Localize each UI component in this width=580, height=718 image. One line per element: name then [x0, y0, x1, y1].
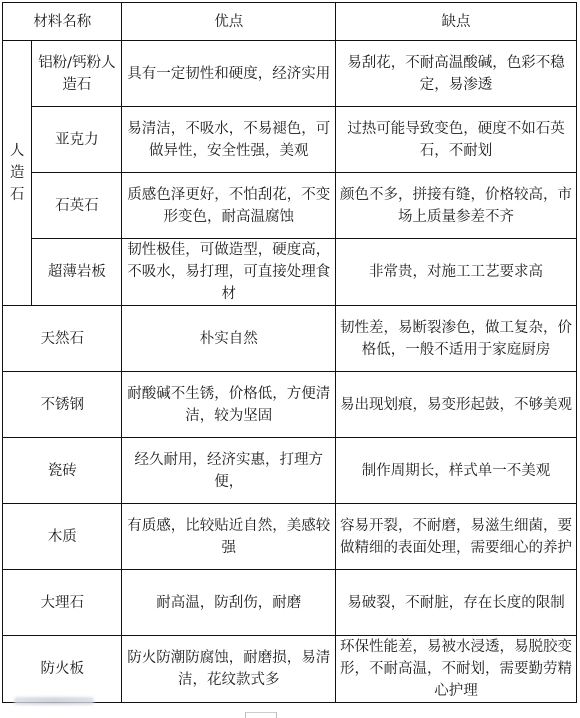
blurred-watermark — [14, 697, 94, 705]
header-cons: 缺点 — [336, 3, 577, 41]
material-pros: 具有一定韧性和硬度，经济实用 — [122, 41, 336, 107]
material-pros: 经久耐用，经济实惠，打理方便， — [122, 438, 336, 504]
material-name: 大理石 — [3, 570, 122, 636]
table-row: 木质 有质感，比较贴近自然，美感较强 容易开裂，不耐磨，易滋生细菌，要做精细的表… — [3, 504, 577, 570]
table-row: 石英石 质感色泽更好，不怕刮花，不变形变色，耐高温腐蚀 颜色不多，拼接有缝，价格… — [3, 173, 577, 239]
material-cons: 颜色不多，拼接有缝，价格较高，市场上质量参差不齐 — [336, 173, 577, 239]
header-material-name: 材料名称 — [3, 3, 122, 41]
material-cons: 韧性差，易断裂渗色，做工复杂，价格低，一般不适用于家庭厨房 — [336, 306, 577, 372]
material-pros: 耐酸碱不生锈，价格低，方便清洁，较为坚固 — [122, 372, 336, 438]
material-name: 防火板 — [3, 636, 122, 703]
header-row: 材料名称 优点 缺点 — [3, 3, 577, 41]
material-cons: 易破裂，不耐脏，存在长度的限制 — [336, 570, 577, 636]
material-cons: 制作周期长，样式单一不美观 — [336, 438, 577, 504]
table-row: 大理石 耐高温，防刮伤，耐磨 易破裂，不耐脏，存在长度的限制 — [3, 570, 577, 636]
material-name: 石英石 — [32, 173, 122, 239]
material-name: 天然石 — [3, 306, 122, 372]
material-pros: 耐高温，防刮伤，耐磨 — [122, 570, 336, 636]
material-name: 不锈钢 — [3, 372, 122, 438]
material-pros: 防火防潮防腐蚀，耐磨损，易清洁，花纹款式多 — [122, 636, 336, 703]
bottom-edge-stub — [245, 712, 277, 718]
group-label-artificial-stone: 人造石 — [3, 41, 32, 306]
table-row: 亚克力 易清洁，不吸水，不易褪色，可做异性，安全性强，美观 过热可能导致变色，硬… — [3, 107, 577, 173]
material-pros: 易清洁，不吸水，不易褪色，可做异性，安全性强，美观 — [122, 107, 336, 173]
material-name: 亚克力 — [32, 107, 122, 173]
material-cons: 过热可能导致变色，硬度不如石英石，不耐划 — [336, 107, 577, 173]
material-pros: 韧性极佳，可做造型，硬度高，不吸水，易打理，可直接处理食材 — [122, 239, 336, 306]
material-pros: 朴实自然 — [122, 306, 336, 372]
material-name: 超薄岩板 — [32, 239, 122, 306]
material-name: 木质 — [3, 504, 122, 570]
table-row: 天然石 朴实自然 韧性差，易断裂渗色，做工复杂，价格低，一般不适用于家庭厨房 — [3, 306, 577, 372]
material-cons: 易刮花，不耐高温酸碱，色彩不稳定，易渗透 — [336, 41, 577, 107]
material-cons: 环保性能差，易被水浸透，易脱胶变形，不耐高温，不耐划，需要勤劳精心护理 — [336, 636, 577, 703]
header-pros: 优点 — [122, 3, 336, 41]
table-row: 超薄岩板 韧性极佳，可做造型，硬度高，不吸水，易打理，可直接处理食材 非常贵，对… — [3, 239, 577, 306]
table-row: 防火板 防火防潮防腐蚀，耐磨损，易清洁，花纹款式多 环保性能差，易被水浸透，易脱… — [3, 636, 577, 703]
material-name: 铝粉/钙粉人造石 — [32, 41, 122, 107]
material-pros: 质感色泽更好，不怕刮花，不变形变色，耐高温腐蚀 — [122, 173, 336, 239]
material-name: 瓷砖 — [3, 438, 122, 504]
material-cons: 容易开裂，不耐磨，易滋生细菌，要做精细的表面处理，需要细心的养护 — [336, 504, 577, 570]
material-cons: 非常贵，对施工工艺要求高 — [336, 239, 577, 306]
material-cons: 易出现划痕，易变形起鼓，不够美观 — [336, 372, 577, 438]
table-row: 瓷砖 经久耐用，经济实惠，打理方便， 制作周期长，样式单一不美观 — [3, 438, 577, 504]
table-row: 人造石 铝粉/钙粉人造石 具有一定韧性和硬度，经济实用 易刮花，不耐高温酸碱，色… — [3, 41, 577, 107]
material-pros: 有质感，比较贴近自然，美感较强 — [122, 504, 336, 570]
table-row: 不锈钢 耐酸碱不生锈，价格低，方便清洁，较为坚固 易出现划痕，易变形起鼓，不够美… — [3, 372, 577, 438]
materials-comparison-table: 材料名称 优点 缺点 人造石 铝粉/钙粉人造石 具有一定韧性和硬度，经济实用 易… — [2, 2, 577, 703]
